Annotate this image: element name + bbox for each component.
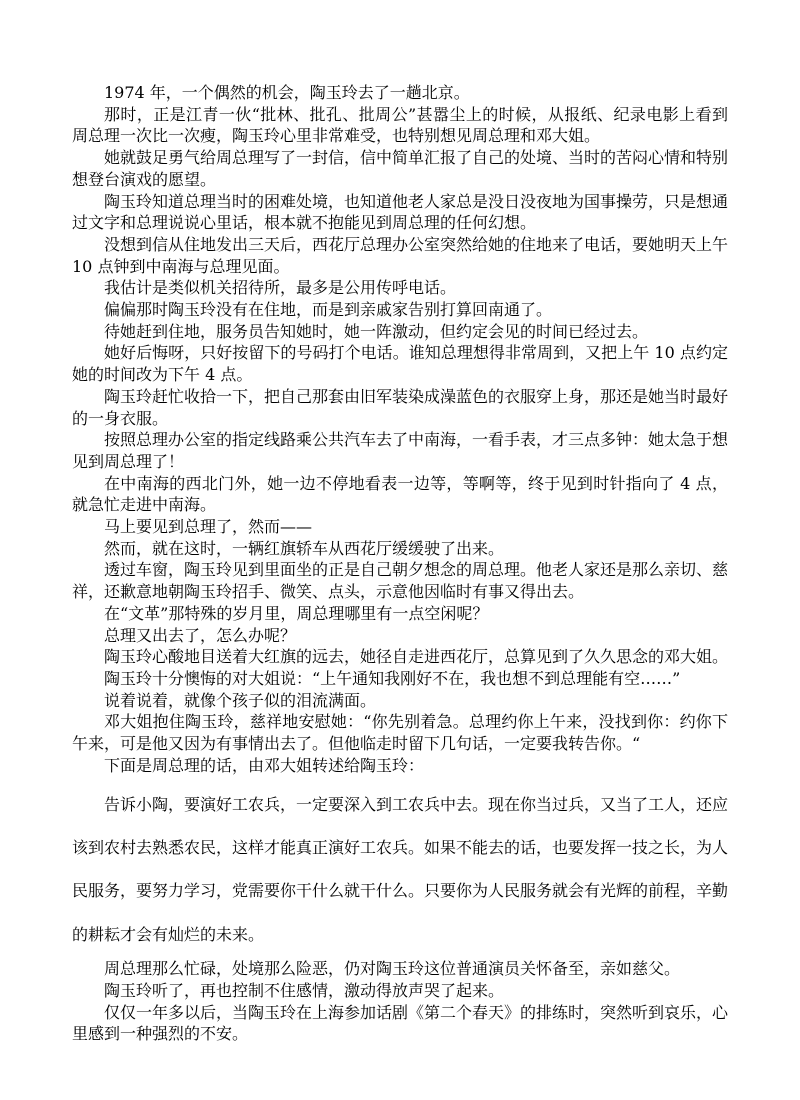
paragraph: 总理又出去了，怎么办呢？ <box>72 625 728 647</box>
paragraph: 偏偏那时陶玉玲没有在住地，而是到亲戚家告别打算回南通了。 <box>72 299 728 321</box>
paragraph: 那时，正是江青一伙“批林、批孔、批周公”甚嚣尘上的时候，从报纸、纪录电影上看到周… <box>72 104 728 147</box>
paragraph: 1974 年，一个偶然的机会，陶玉玲去了一趟北京。 <box>72 82 728 104</box>
paragraph: 她就鼓足勇气给周总理写了一封信，信中简单汇报了自己的处境、当时的苦闷心情和特别想… <box>72 147 728 190</box>
paragraph: 陶玉玲十分懊悔的对大姐说：“上午通知我刚好不在，我也想不到总理能有空……” <box>72 668 728 690</box>
paragraph: 马上要见到总理了，然而—— <box>72 516 728 538</box>
paragraph: 然而，就在这时，一辆红旗轿车从西花厅缓缓驶了出来。 <box>72 538 728 560</box>
paragraph: 在中南海的西北门外，她一边不停地看表一边等，等啊等，终于见到时针指向了 4 点，… <box>72 473 728 516</box>
document-page: 1974 年，一个偶然的机会，陶玉玲去了一趟北京。那时，正是江青一伙“批林、批孔… <box>0 0 800 1100</box>
paragraph: 我估计是类似机关招待所，最多是公用传呼电话。 <box>72 277 728 299</box>
paragraph: 邓大姐抱住陶玉玲，慈祥地安慰她：“你先别着急。总理约你上午来，没找到你：约你下午… <box>72 711 728 754</box>
paragraph: 陶玉玲心酸地目送着大红旗的远去，她径自走进西花厅，总算见到了久久思念的邓大姐。 <box>72 646 728 668</box>
paragraph: 待她赶到住地，服务员告知她时，她一阵激动，但约定会见的时间已经过去。 <box>72 321 728 343</box>
paragraph: 仅仅一年多以后，当陶玉玲在上海参加话剧《第二个春天》的排练时，突然听到哀乐，心里… <box>72 1002 728 1045</box>
paragraph: 陶玉玲知道总理当时的困难处境，也知道他老人家总是没日没夜地为国事操劳，只是想通过… <box>72 191 728 234</box>
paragraph: 告诉小陶，要演好工农兵，一定要深入到工农兵中去。现在你当过兵，又当了工人，还应该… <box>72 783 728 957</box>
paragraph: 在“文革”那特殊的岁月里，周总理哪里有一点空闲呢？ <box>72 603 728 625</box>
paragraph: 她好后悔呀，只好按留下的号码打个电话。谁知总理想得非常周到，又把上午 10 点约… <box>72 342 728 385</box>
paragraph: 说着说着，就像个孩子似的泪流满面。 <box>72 690 728 712</box>
paragraph: 按照总理办公室的指定线路乘公共汽车去了中南海，一看手表，才三点多钟：她太急于想见… <box>72 429 728 472</box>
paragraph: 陶玉玲赶忙收拾一下，把自己那套由旧军装染成澡蓝色的衣服穿上身，那还是她当时最好的… <box>72 386 728 429</box>
paragraph: 周总理那么忙碌，处境那么险恶，仍对陶玉玲这位普通演员关怀备至，亲如慈父。 <box>72 958 728 980</box>
paragraph: 透过车窗，陶玉玲见到里面坐的正是自己朝夕想念的周总理。他老人家还是那么亲切、慈祥… <box>72 559 728 602</box>
paragraph: 没想到信从住地发出三天后，西花厅总理办公室突然给她的住地来了电话，要她明天上午 … <box>72 234 728 277</box>
paragraph: 下面是周总理的话，由邓大姐转述给陶玉玲： <box>72 755 728 777</box>
document-body: 1974 年，一个偶然的机会，陶玉玲去了一趟北京。那时，正是江青一伙“批林、批孔… <box>72 82 728 1045</box>
paragraph: 陶玉玲听了，再也控制不住感情，激动得放声哭了起来。 <box>72 980 728 1002</box>
